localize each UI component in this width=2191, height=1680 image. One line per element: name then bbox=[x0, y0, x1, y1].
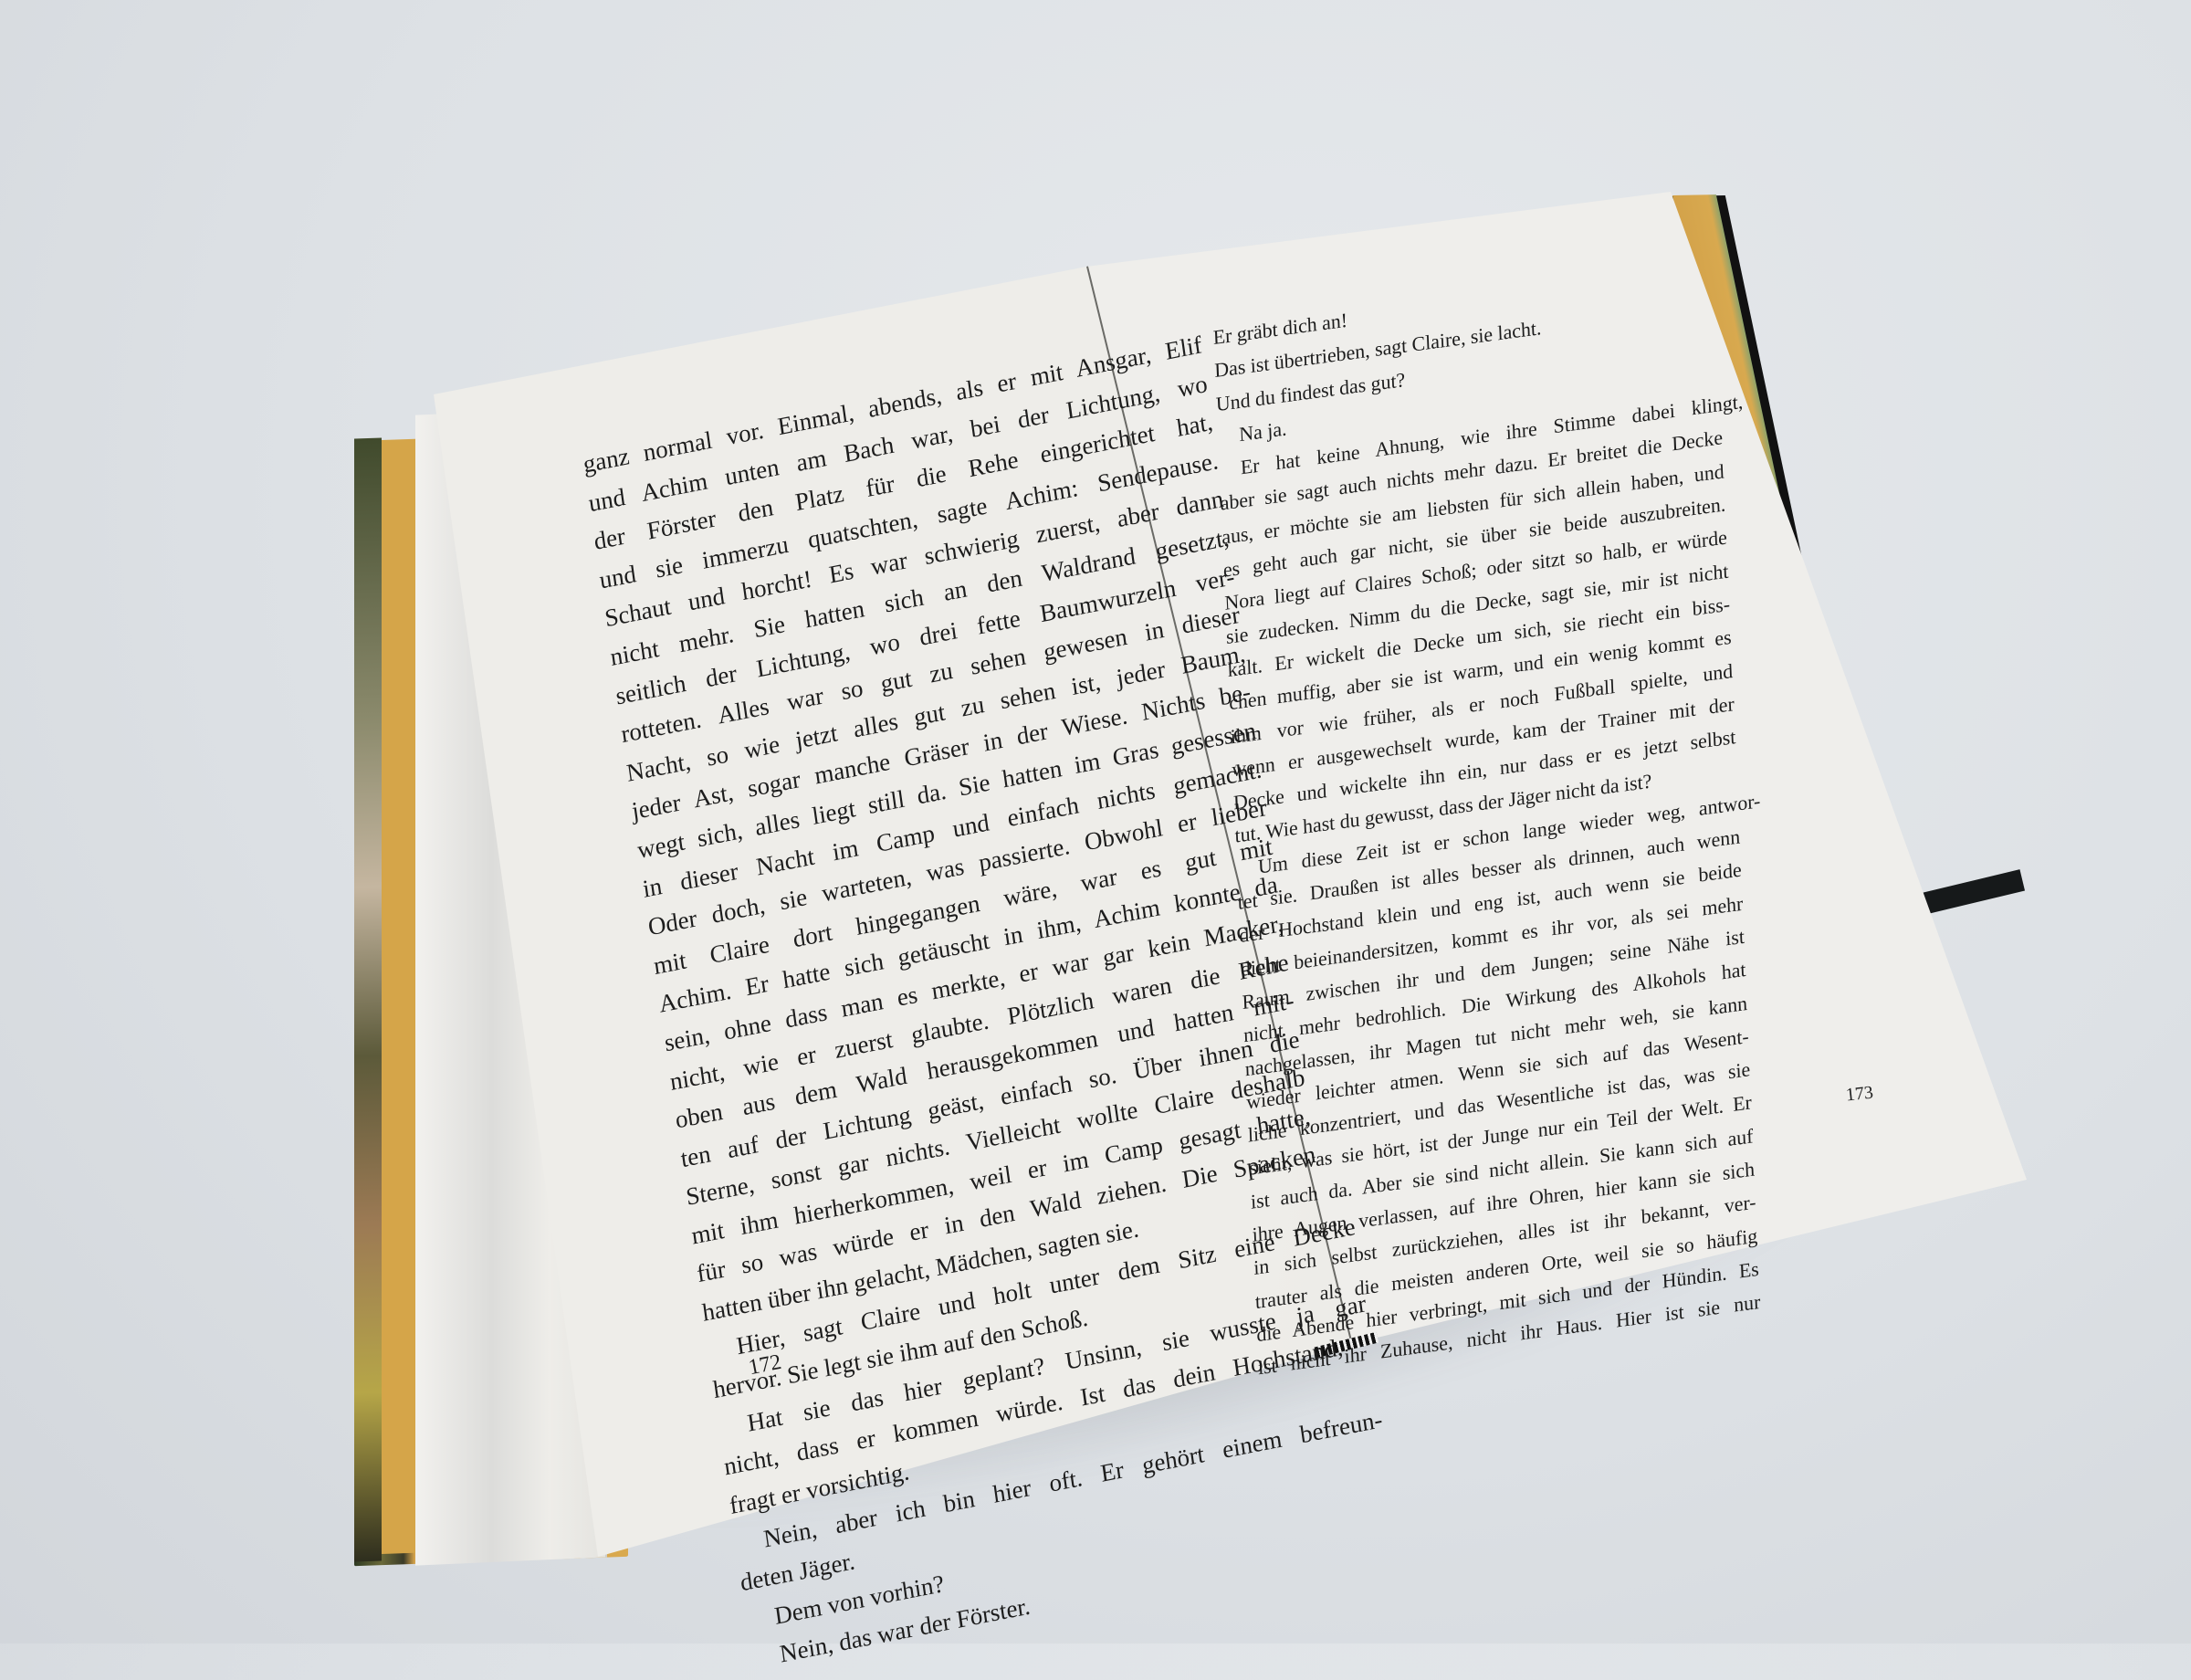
book-photo-scene: ganz normal vor. Einmal, abends, als er … bbox=[0, 0, 2191, 1643]
page-number-right: 173 bbox=[1845, 1082, 1874, 1106]
right-page-text: Er gräbt dich an!Das ist übertrieben, sa… bbox=[1212, 252, 1783, 1384]
left-cover-art-edge bbox=[354, 437, 382, 1561]
